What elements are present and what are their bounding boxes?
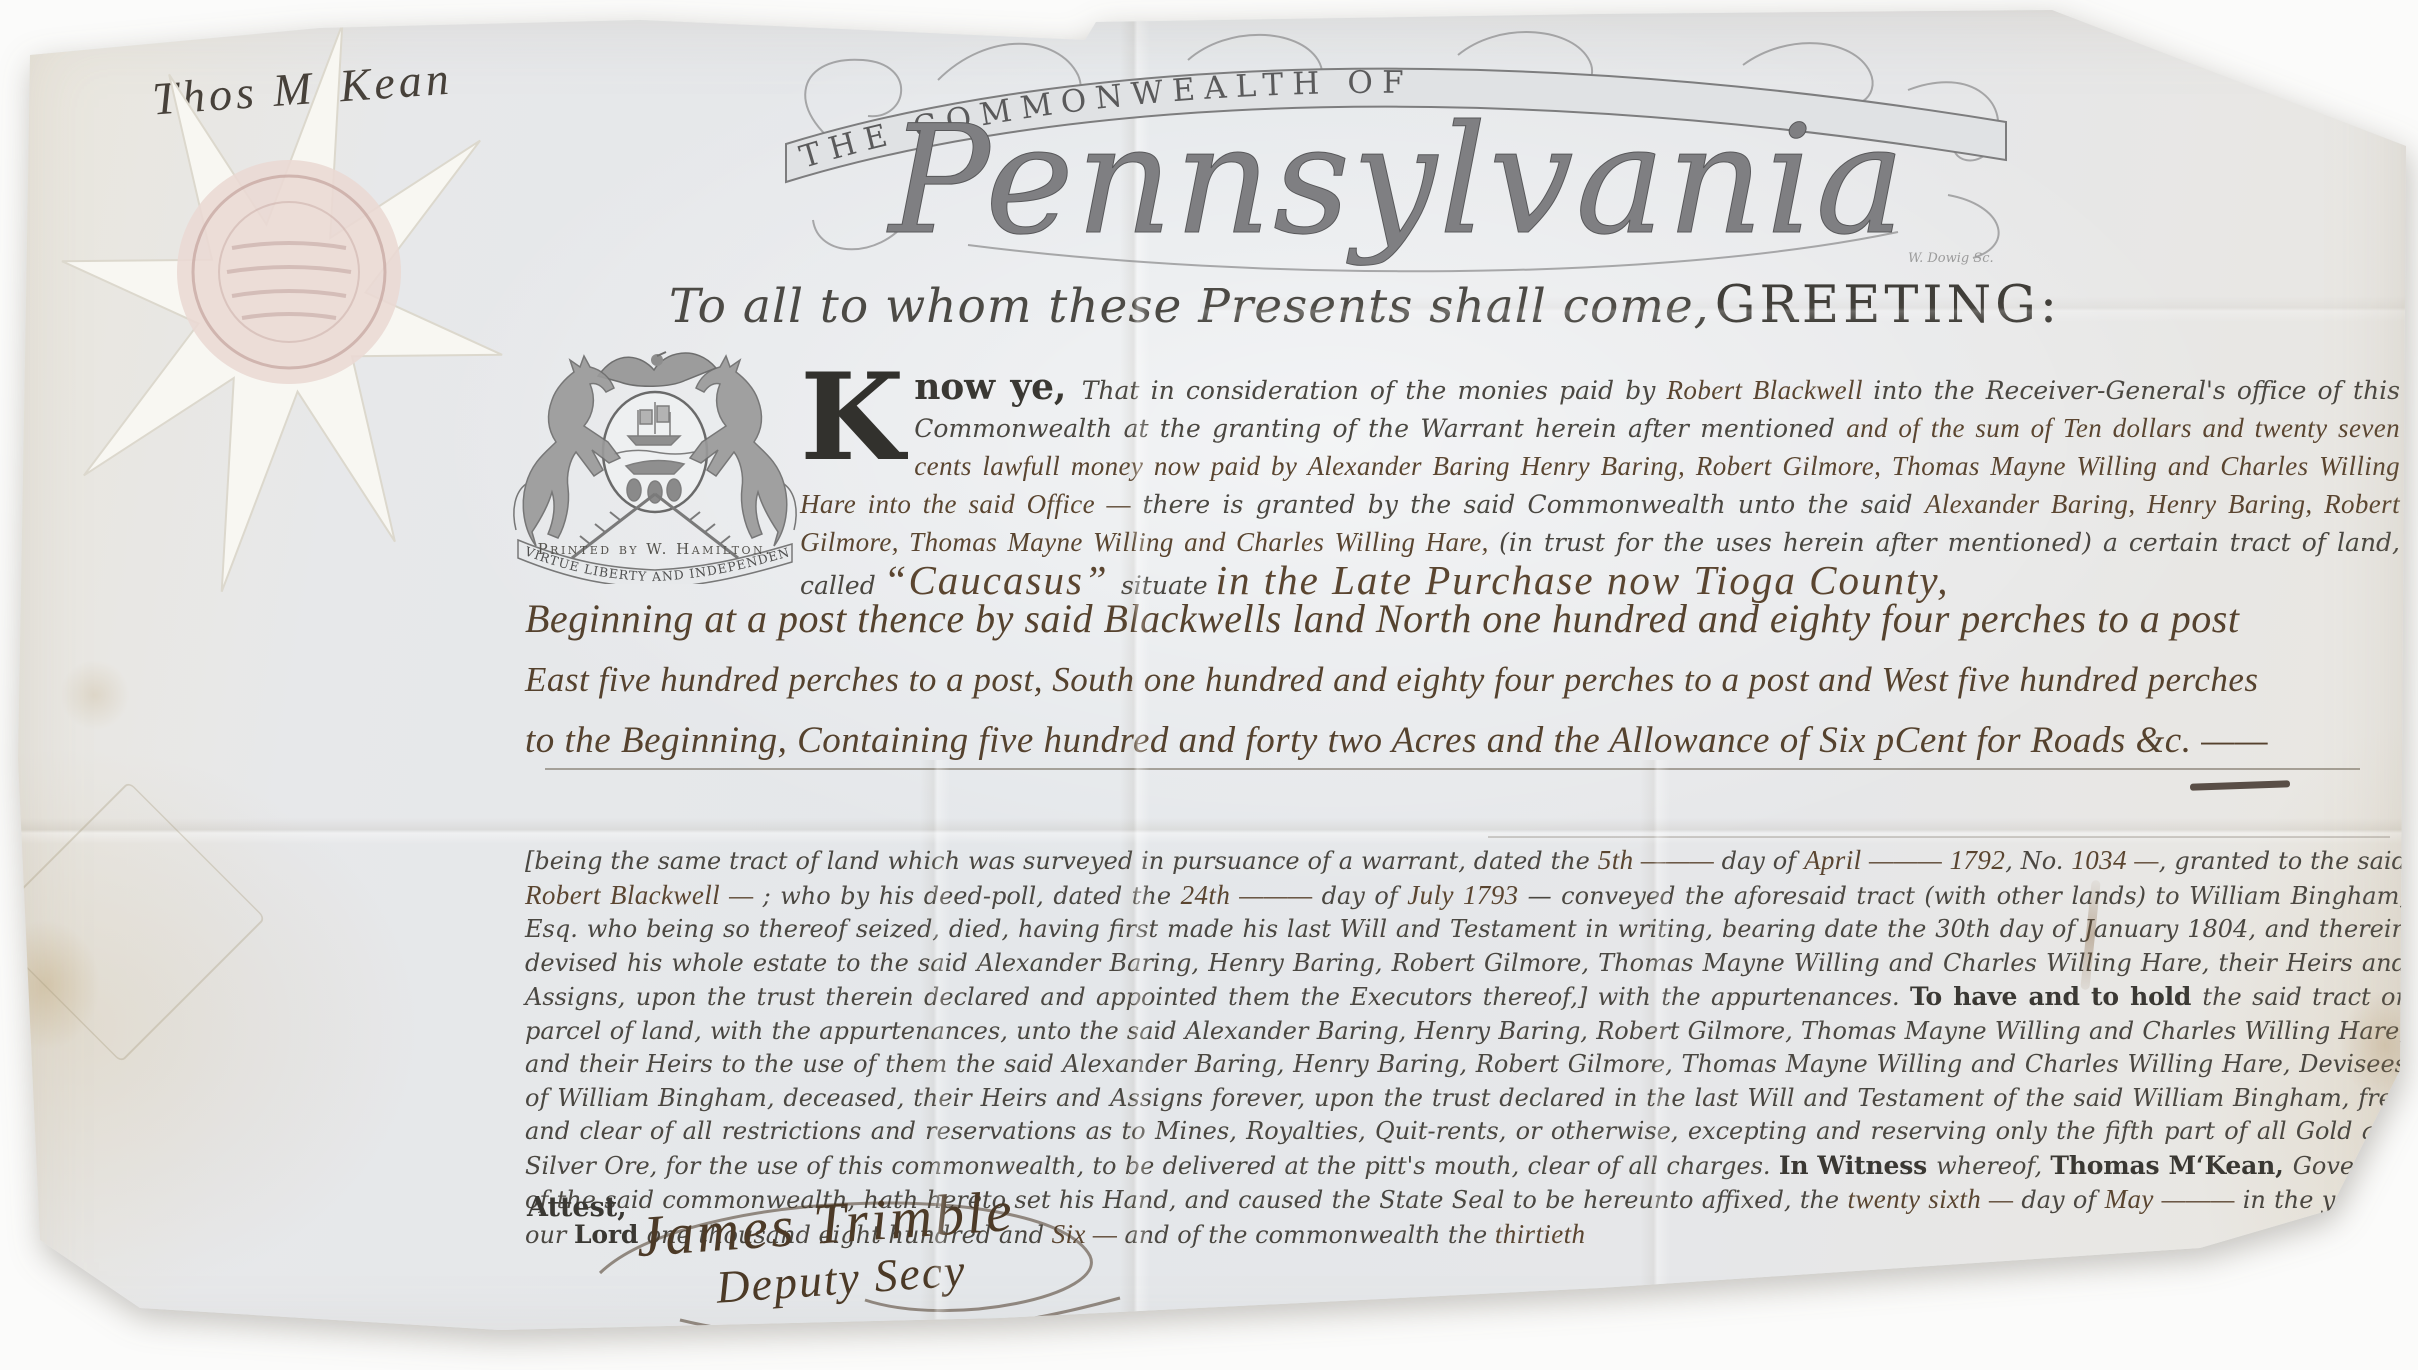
text-segment-blackletter: In Witness bbox=[1779, 1151, 1936, 1180]
ruled-line-short bbox=[1488, 836, 2390, 838]
text-segment-blackletter: To have and to hold bbox=[1910, 982, 2202, 1011]
embossed-wafer-seal-icon bbox=[177, 160, 401, 384]
text-segment-print: day of bbox=[1322, 882, 1408, 910]
salutation-text: To all to whom these Presents shall come… bbox=[669, 279, 1710, 334]
text-segment-hand: 5th ——— bbox=[1598, 845, 1722, 875]
title-banner: THE COMMONWEALTH OF Pennsylvania W. Dowi… bbox=[758, 20, 2043, 276]
eagle-crest-icon bbox=[598, 352, 716, 386]
stain bbox=[0, 920, 100, 1050]
salutation-line: To all to whom these Presents shall come… bbox=[620, 276, 2110, 335]
text-segment-print: That in consideration of the monies paid… bbox=[1082, 376, 1667, 405]
grant-paragraph: Know ye, That in consideration of the mo… bbox=[800, 370, 2400, 606]
text-segment-hand: July 1793 bbox=[1407, 880, 1527, 910]
drop-cap-initial: K bbox=[800, 374, 904, 462]
horse-supporter-right-icon bbox=[690, 356, 796, 546]
text-segment-hand: Robert Blackwell bbox=[1667, 375, 1874, 405]
text-segment-print: day of bbox=[1722, 847, 1804, 875]
document-photo: Thos McKean bbox=[0, 0, 2418, 1370]
horse-supporter-left-icon bbox=[514, 356, 620, 546]
text-segment-print: , granted to the said bbox=[2159, 847, 2407, 875]
text-segment-print: whereof, bbox=[1936, 1152, 2050, 1180]
parchment-wrap: Thos McKean bbox=[0, 0, 2418, 1370]
banner-state-name: Pennsylvania bbox=[886, 94, 1907, 268]
text-segment-hand: thirtieth bbox=[1495, 1219, 1586, 1249]
text-segment-hand: 24th ——— bbox=[1181, 880, 1322, 910]
ink-dash-mark bbox=[2190, 780, 2290, 790]
text-segment-hand: 1034 — bbox=[2071, 845, 2158, 875]
text-segment-hand: April ——— 1792 bbox=[1804, 845, 2005, 875]
text-segment-blackletter: now ye, bbox=[914, 366, 1081, 408]
text-segment-print: day of bbox=[2021, 1186, 2104, 1214]
text-segment-print: ; who by his deed-poll, dated the bbox=[763, 882, 1181, 910]
text-segment-print: , No. bbox=[2005, 847, 2071, 875]
handwritten-line: to the Beginning, Containing five hundre… bbox=[525, 710, 2407, 771]
parchment-sheet: Thos McKean bbox=[0, 0, 2418, 1370]
printer-credit: Printed by W. Hamilton. bbox=[510, 540, 800, 558]
text-segment-hand: May ——— bbox=[2105, 1184, 2243, 1214]
text-segment-hand: Robert Blackwell — bbox=[525, 880, 763, 910]
stain bbox=[60, 660, 130, 730]
paper-star-seal-icon bbox=[54, 18, 510, 598]
text-segment-hand: twenty sixth — bbox=[1847, 1184, 2021, 1214]
handwritten-line: Beginning at a post thence by said Black… bbox=[525, 588, 2407, 649]
text-segment-print: there is granted by the said Commonwealt… bbox=[1142, 490, 1924, 519]
engraver-credit: W. Dowig Sc. bbox=[1908, 251, 1994, 266]
greeting-text: GREETING: bbox=[1715, 276, 2061, 335]
fold-crease bbox=[0, 818, 2418, 844]
text-segment-print: and of the commonwealth the bbox=[1124, 1221, 1494, 1249]
text-segment-print: [being the same tract of land which was … bbox=[525, 847, 1598, 875]
handwritten-line: East five hundred perches to a post, Sou… bbox=[525, 649, 2407, 710]
text-segment-blackletter: Thomas M‘Kean, bbox=[2050, 1151, 2292, 1180]
diamond-watermark bbox=[0, 781, 266, 1063]
grant-paragraph-text: now ye, That in consideration of the mon… bbox=[800, 384, 2400, 598]
survey-description: Beginning at a post thence by said Black… bbox=[525, 588, 2407, 771]
